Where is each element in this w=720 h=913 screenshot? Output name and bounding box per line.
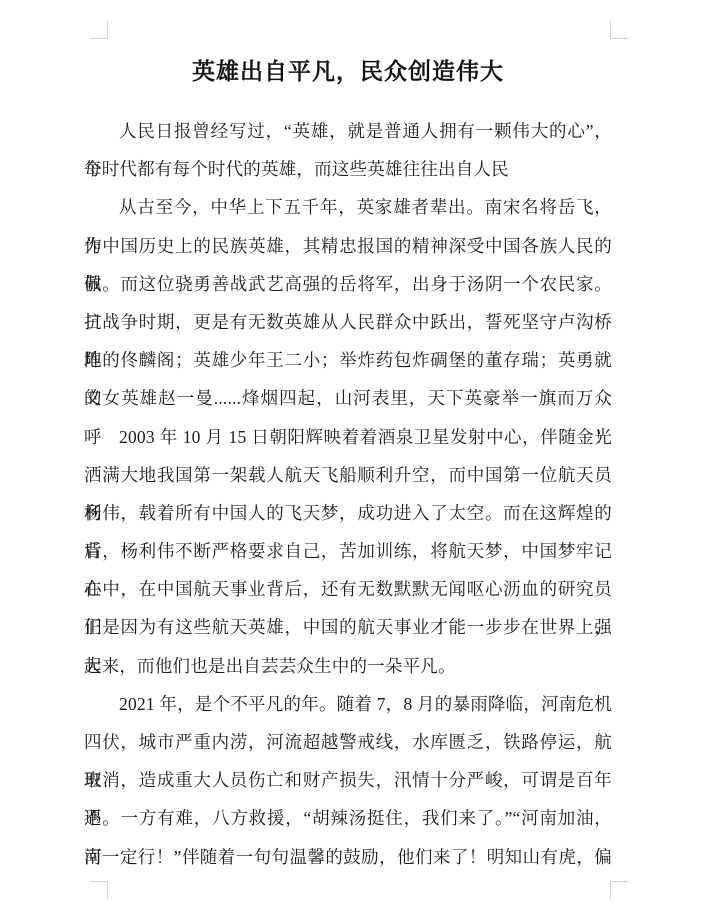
text-boundary-mark-bottom-right	[610, 881, 628, 899]
text-line: 南一定行！”伴随着一句句温馨的鼓励，他们来了！明知山有虎，偏	[84, 838, 612, 876]
text-line: 个时代都有每个时代的英雄，而这些英雄往往出自人民	[84, 150, 612, 188]
text-line: 心中，在中国航天事业背后，还有无数默默无闻呕心沥血的研究员们，	[84, 570, 612, 608]
text-line: 洒满大地我国第一架载人航天飞船顺利升空，而中国第一位航天员杨	[84, 456, 612, 494]
text-line: 四伏，城市严重内涝，河流超越警戒线，水库匮乏，铁路停运，航班	[84, 723, 612, 761]
text-line: 地的佟麟阁；英雄少年王二小；举炸药包炸碉堡的董存瑞；英勇就义	[84, 341, 612, 379]
text-line: 取消，造成重大人员伤亡和财产损失，汛情十分严峻，可谓是百年不	[84, 761, 612, 799]
text-line: 后，杨利伟不断严格要求自己，苦加训练，将航天梦，中国梦牢记在	[84, 532, 612, 570]
text-line: 的女英雄赵一曼......烽烟四起，山河表里，天下英豪举一旗而万众呼！	[84, 379, 612, 417]
text-line: 佩。而这位骁勇善战武艺高强的岳将军，出身于汤阴一个农民家。抗	[84, 265, 612, 303]
text-line: 利伟，载着所有中国人的飞天梦，成功进入了太空。而在这辉煌的背	[84, 494, 612, 532]
document-body: 人民日报曾经写过，“英雄，就是普通人拥有一颗伟大的心”，每个时代都有每个时代的英…	[84, 112, 612, 876]
document-page: 英雄出自平凡，民众创造伟大 人民日报曾经写过，“英雄，就是普通人拥有一颗伟大的心…	[0, 0, 720, 913]
text-line: 从古至今，中华上下五千年，英家雄者辈出。南宋名将岳飞，作	[84, 188, 612, 226]
text-line: 为中国历史上的民族英雄，其精忠报国的精神深受中国各族人民的敬	[84, 227, 612, 265]
text-line: 2003 年 10 月 15 日朝阳辉映着着酒泉卫星发射中心，伴随金光	[84, 418, 612, 456]
text-line: 2021 年，是个不平凡的年。随着 7，8 月的暴雨降临，河南危机	[84, 685, 612, 723]
text-line: 日战争时期，更是有无数英雄从人民群众中跃出，誓死坚守卢沟桥阵	[84, 303, 612, 341]
text-line: 人民日报曾经写过，“英雄，就是普通人拥有一颗伟大的心”，每	[84, 112, 612, 150]
text-line: 遇。一方有难，八方救援，“胡辣汤挺住，我们来了。”“河南加油，河	[84, 799, 612, 837]
text-boundary-mark-top-right	[610, 21, 628, 39]
document-title: 英雄出自平凡，民众创造伟大	[84, 53, 612, 86]
text-boundary-mark-bottom-left	[90, 881, 108, 899]
text-boundary-mark-top-left	[90, 21, 108, 39]
text-line: 起来，而他们也是出自芸芸众生中的一朵平凡。	[84, 647, 612, 685]
text-line: 正是因为有这些航天英雄，中国的航天事业才能一步步在世界上强大	[84, 608, 612, 646]
